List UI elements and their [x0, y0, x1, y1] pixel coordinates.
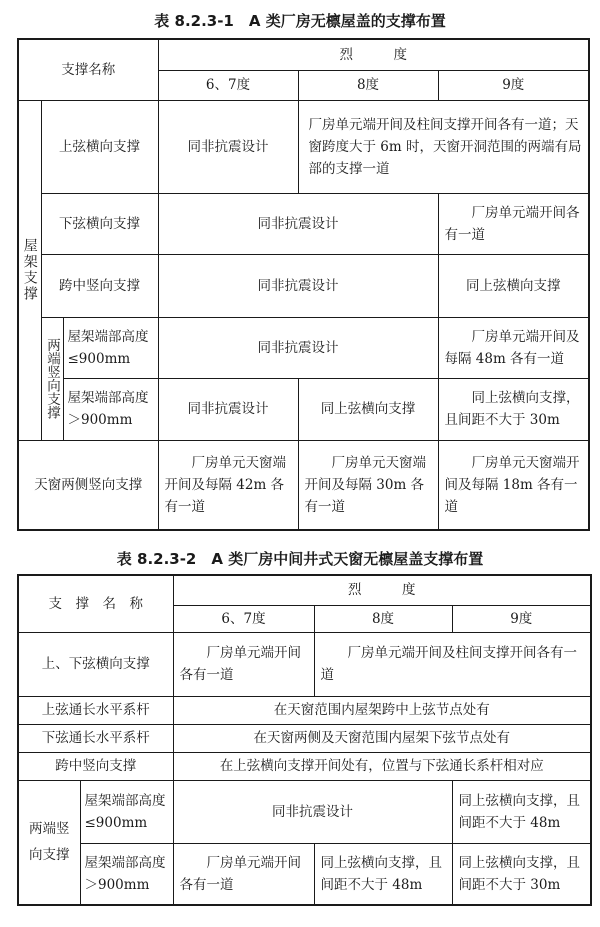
- row-name: 屋架端部高度≤900mm: [80, 780, 173, 843]
- row-name: 跨中竖向支撑: [41, 254, 158, 317]
- table1-roof-bracing: 支撑名称 烈 度 6、7度 8度 9度 屋架支撑 上弦横向支撑 同非抗震设计 厂…: [17, 38, 590, 531]
- header-col-8: 8度: [298, 70, 438, 100]
- header-col-8: 8度: [314, 605, 452, 632]
- cell: 厂房单元天窗端开间及每隔 30m 各有一道: [298, 440, 438, 530]
- cell: 在天窗两侧及天窗范围内屋架下弦节点处有: [173, 724, 591, 752]
- header-intensity: 烈 度: [173, 575, 591, 605]
- row-name: 屋架端部高度≤900mm: [63, 317, 158, 378]
- row-name: 屋架端部高度＞900mm: [63, 378, 158, 440]
- group-end-vertical-bracing: 两端竖向支撑: [41, 317, 63, 440]
- group-end-vertical-bracing: 两端竖向支撑: [18, 780, 80, 905]
- cell: 厂房单元端开间各有一道: [438, 193, 589, 254]
- cell: 厂房单元天窗端开间及每隔 18m 各有一道: [438, 440, 589, 530]
- cell: 在上弦横向支撑开间处有，位置与下弦通长系杆相对应: [173, 752, 591, 780]
- cell: 同上弦横向支撑，且间距不大于 30m: [438, 378, 589, 440]
- cell: 厂房单元端开间及柱间支撑开间各有一道: [314, 632, 591, 696]
- cell: 同上弦横向支撑，且间距不大于 48m: [314, 843, 452, 905]
- table1-title: 表 8.2.3-1 A 类厂房无檩屋盖的支撑布置: [0, 10, 600, 31]
- cell: 厂房单元端开间各有一道: [173, 843, 314, 905]
- header-intensity: 烈 度: [158, 39, 589, 70]
- cell: 同非抗震设计: [158, 378, 298, 440]
- cell: 在天窗范围内屋架跨中上弦节点处有: [173, 696, 591, 724]
- cell: 厂房单元天窗端开间及每隔 42m 各有一道: [158, 440, 298, 530]
- cell: 厂房单元端开间各有一道: [173, 632, 314, 696]
- cell: 同上弦横向支撑，且间距不大于 48m: [452, 780, 591, 843]
- group-roof-truss-bracing: 屋架支撑: [18, 100, 41, 440]
- header-col-9: 9度: [452, 605, 591, 632]
- cell: 同上弦横向支撑，且间距不大于 30m: [452, 843, 591, 905]
- row-name: 上弦横向支撑: [41, 100, 158, 193]
- row-name: 天窗两侧竖向支撑: [18, 440, 158, 530]
- cell: 同非抗震设计: [158, 254, 438, 317]
- header-col-6-7: 6、7度: [158, 70, 298, 100]
- row-name: 下弦通长水平系杆: [18, 724, 173, 752]
- header-brace-name: 支撑名称: [18, 39, 158, 100]
- cell: 厂房单元端开间及柱间支撑开间各有一道；天窗跨度大于 6m 时，天窗开洞范围的两端…: [298, 100, 589, 193]
- cell: 同上弦横向支撑: [438, 254, 589, 317]
- cell: 同非抗震设计: [158, 317, 438, 378]
- row-name: 下弦横向支撑: [41, 193, 158, 254]
- row-name: 跨中竖向支撑: [18, 752, 173, 780]
- header-col-6-7: 6、7度: [173, 605, 314, 632]
- row-name: 上弦通长水平系杆: [18, 696, 173, 724]
- cell: 厂房单元端开间及每隔 48m 各有一道: [438, 317, 589, 378]
- cell: 同非抗震设计: [173, 780, 452, 843]
- row-name: 上、下弦横向支撑: [18, 632, 173, 696]
- cell: 同上弦横向支撑: [298, 378, 438, 440]
- table2-skylight-roof-bracing: 支 撑 名 称 烈 度 6、7度 8度 9度 上、下弦横向支撑 厂房单元端开间各…: [17, 574, 592, 906]
- row-name: 屋架端部高度＞900mm: [80, 843, 173, 905]
- cell: 同非抗震设计: [158, 100, 298, 193]
- header-col-9: 9度: [438, 70, 589, 100]
- cell: 同非抗震设计: [158, 193, 438, 254]
- header-brace-name: 支 撑 名 称: [18, 575, 173, 632]
- table2-title: 表 8.2.3-2 A 类厂房中间井式天窗无檩屋盖支撑布置: [0, 548, 600, 569]
